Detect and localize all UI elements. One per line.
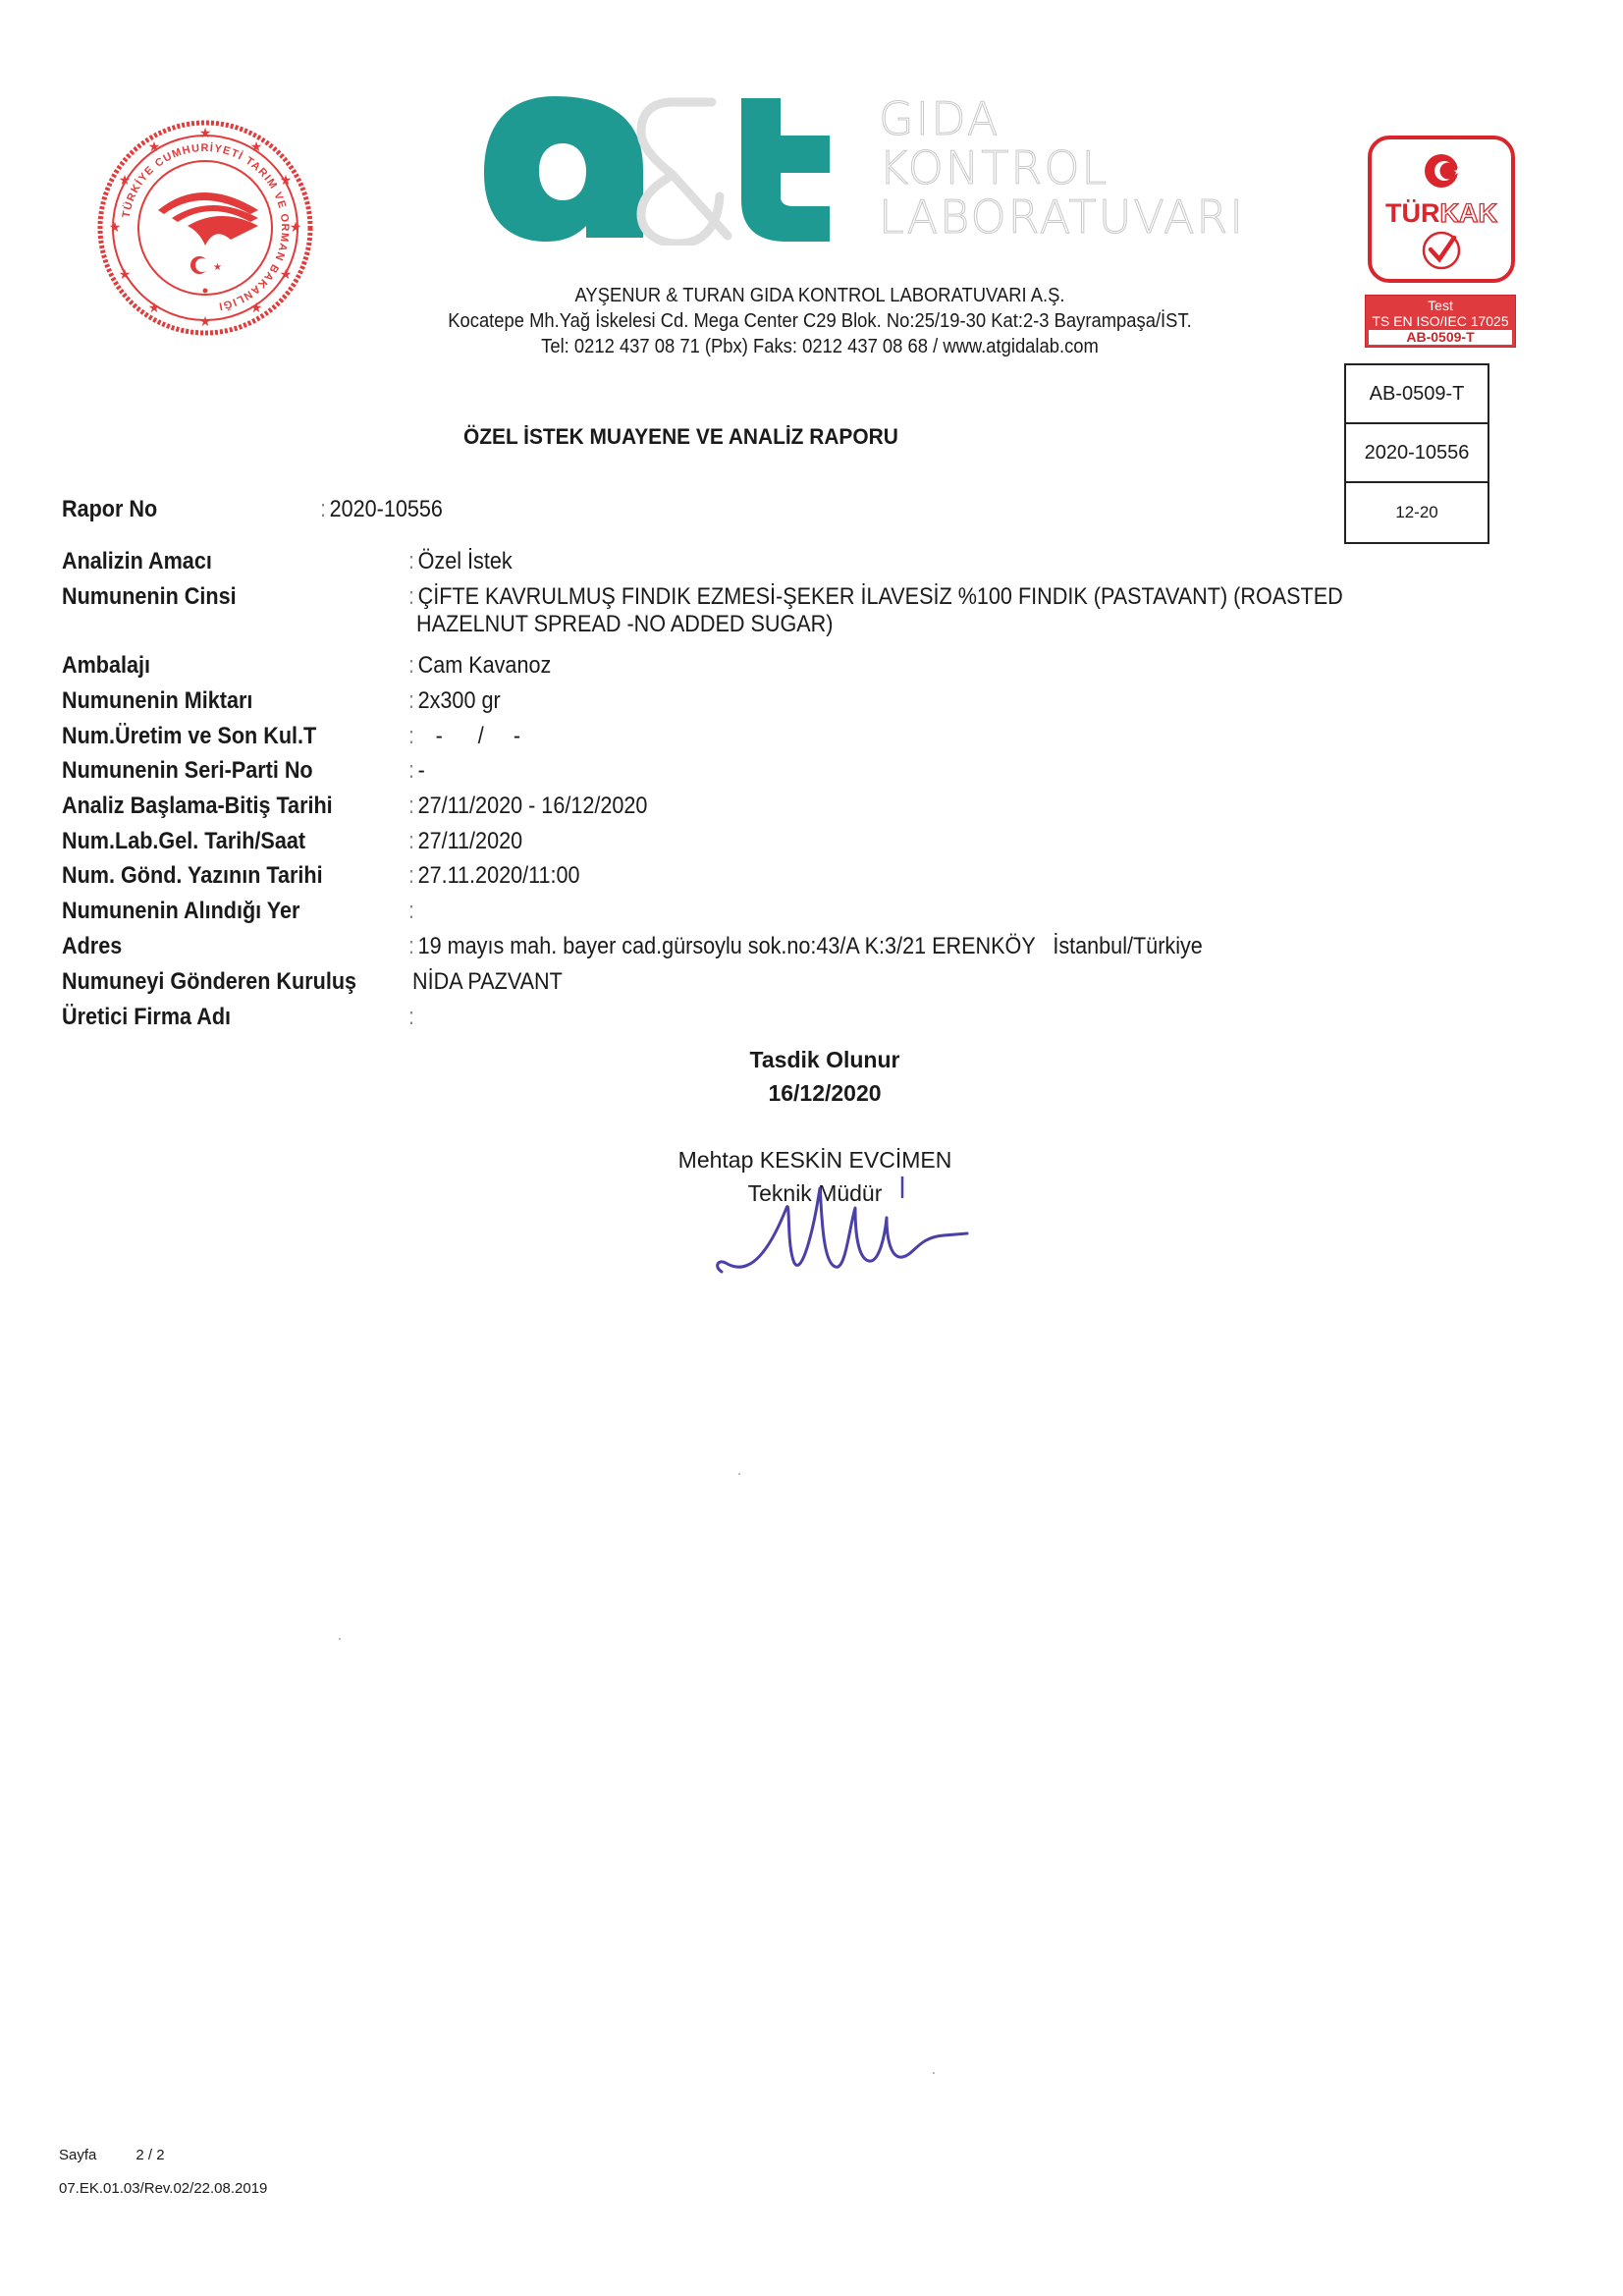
accreditation-code: AB-0509-T	[1369, 330, 1512, 345]
approval-date: 16/12/2020	[628, 1076, 1021, 1110]
page-number: 2 / 2	[135, 2147, 164, 2163]
field-label: Analizin Amacı	[62, 548, 212, 575]
logo-line-kontrol: KONTROL	[879, 145, 1109, 191]
report-no-label: Rapor No	[62, 496, 157, 523]
ref-period: 12-20	[1345, 482, 1488, 543]
page-footer: Sayfa2 / 2 07.EK.01.03/Rev.02/22.08.2019	[59, 2139, 267, 2206]
field-label: Numunenin Cinsi	[62, 583, 237, 611]
company-info: AYŞENUR & TURAN GIDA KONTROL LABORATUVAR…	[337, 283, 1303, 359]
report-title: ÖZEL İSTEK MUAYENE VE ANALİZ RAPORU	[463, 424, 898, 450]
company-address: Kocatepe Mh.Yağ İskelesi Cd. Mega Center…	[337, 308, 1303, 334]
field-value: :ÇİFTE KAVRULMUŞ FINDIK EZMESİ-ŞEKER İLA…	[408, 583, 1343, 611]
svg-text:★: ★	[280, 172, 293, 188]
ministry-seal-logo: ★ ★ ★ ★ ★ ★ ★ ★ ★ ★ ★ ★ TÜRKİYE CUMHURİY…	[93, 116, 317, 340]
svg-text:★: ★	[1453, 167, 1462, 178]
company-logo: GIDA KONTROL LABORATUVARI	[476, 88, 1183, 246]
at-mark-icon	[476, 88, 869, 246]
field-label: Numuneyi Gönderen Kuruluş	[62, 968, 356, 996]
logo-line-gida: GIDA	[879, 96, 1000, 141]
svg-text:★: ★	[148, 300, 161, 315]
svg-text:★: ★	[119, 266, 132, 282]
ref-report-number: 2020-10556	[1345, 423, 1488, 482]
field-value: :	[408, 898, 418, 925]
svg-text:★: ★	[119, 172, 132, 188]
field-label: Üretici Firma Adı	[62, 1004, 231, 1031]
scan-artifact	[738, 1473, 740, 1475]
field-value: :19 mayıs mah. bayer cad.gürsoylu sok.no…	[408, 933, 1203, 960]
field-label: Num. Gönd. Yazının Tarihi	[62, 862, 323, 890]
svg-text:★: ★	[290, 219, 302, 235]
svg-text:★: ★	[199, 313, 212, 329]
svg-text:★: ★	[250, 300, 263, 315]
field-value: :	[408, 1004, 418, 1031]
field-value: :27/11/2020 - 16/12/2020	[408, 793, 647, 820]
field-label: Num.Lab.Gel. Tarih/Saat	[62, 828, 305, 855]
ref-accreditation-code: AB-0509-T	[1345, 364, 1488, 423]
turkak-wordmark: TÜRKAK	[1372, 198, 1511, 229]
field-value: :2x300 gr	[408, 687, 501, 715]
accreditation-label: Test TS EN ISO/IEC 17025 AB-0509-T	[1365, 295, 1516, 348]
svg-text:★: ★	[250, 138, 263, 154]
document-code: 07.EK.01.03/Rev.02/22.08.2019	[59, 2172, 267, 2206]
accreditation-type: Test	[1366, 298, 1515, 313]
field-value: : - / -	[408, 723, 520, 750]
field-value: :27/11/2020	[408, 828, 522, 855]
field-label: Numunenin Alındığı Yer	[62, 898, 299, 925]
scan-artifact	[339, 1638, 341, 1640]
accreditation-standard: TS EN ISO/IEC 17025	[1366, 313, 1515, 329]
svg-text:★: ★	[213, 262, 222, 273]
field-value: :Cam Kavanoz	[408, 652, 551, 680]
report-no-value: :2020-10556	[320, 496, 443, 523]
field-label: Adres	[62, 933, 122, 960]
company-contact: Tel: 0212 437 08 71 (Pbx) Faks: 0212 437…	[337, 334, 1303, 359]
page-label: Sayfa	[59, 2147, 96, 2163]
scan-artifact	[933, 2072, 935, 2074]
field-value: NİDA PAZVANT	[412, 968, 563, 996]
signature-icon	[712, 1169, 987, 1286]
approval-text: Tasdik Olunur	[628, 1043, 1021, 1076]
field-value: :-	[408, 757, 425, 785]
company-name: AYŞENUR & TURAN GIDA KONTROL LABORATUVAR…	[337, 283, 1303, 308]
field-value: :27.11.2020/11:00	[408, 862, 580, 890]
svg-text:★: ★	[199, 125, 212, 140]
field-label: Numunenin Miktarı	[62, 687, 252, 715]
field-label: Num.Üretim ve Son Kul.T	[62, 723, 316, 750]
field-label: Ambalajı	[62, 652, 150, 680]
logo-line-laboratuvari: LABORATUVARI	[879, 194, 1245, 240]
svg-text:★: ★	[148, 138, 161, 154]
svg-text:★: ★	[280, 266, 293, 282]
svg-text:★: ★	[109, 219, 122, 235]
field-label: Analiz Başlama-Bitiş Tarihi	[62, 793, 333, 820]
approval-block: Tasdik Olunur 16/12/2020	[628, 1043, 1021, 1110]
field-value-continued: HAZELNUT SPREAD -NO ADDED SUGAR)	[416, 611, 833, 638]
field-label: Numunenin Seri-Parti No	[62, 757, 313, 785]
turkak-accreditation-badge: ★ TÜRKAK Test TS EN ISO/IEC 17025 AB-050…	[1365, 136, 1522, 348]
field-value: :Özel İstek	[408, 548, 513, 575]
reference-box: AB-0509-T 2020-10556 12-20	[1344, 363, 1489, 544]
